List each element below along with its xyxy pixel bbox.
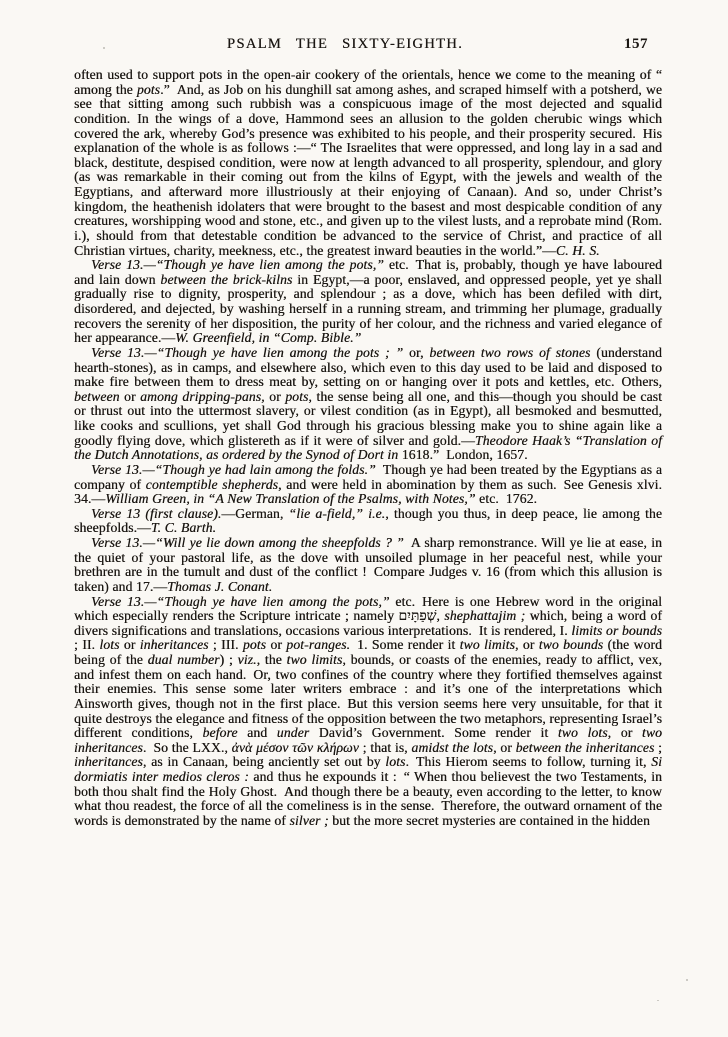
paragraph: Verse 13.—“Though ye have lien among the… — [74, 346, 662, 463]
paragraph: often used to support pots in the open-a… — [74, 68, 662, 258]
page-header: PSALM THE SIXTY-EIGHTH. 157 — [74, 36, 662, 58]
paragraph: Verse 13.—“Though ye had lain among the … — [74, 463, 662, 507]
scan-speckle — [686, 979, 688, 981]
scan-speckle — [657, 1000, 659, 1001]
paragraph: Verse 13.—“Though ye have lien among the… — [74, 595, 662, 829]
paragraph: Verse 13 (first clause).—German, “lie a-… — [74, 507, 662, 536]
page-number: 157 — [624, 36, 648, 53]
text-body: often used to support pots in the open-a… — [74, 68, 662, 829]
book-page: PSALM THE SIXTY-EIGHTH. 157 often used t… — [0, 0, 728, 1037]
paragraph: Verse 13.—“Will ye lie down among the sh… — [74, 536, 662, 595]
scan-speckle — [103, 47, 105, 49]
paragraph: Verse 13.—“Though ye have lien among the… — [74, 258, 662, 346]
page-title: PSALM THE SIXTY-EIGHTH. — [74, 36, 616, 53]
